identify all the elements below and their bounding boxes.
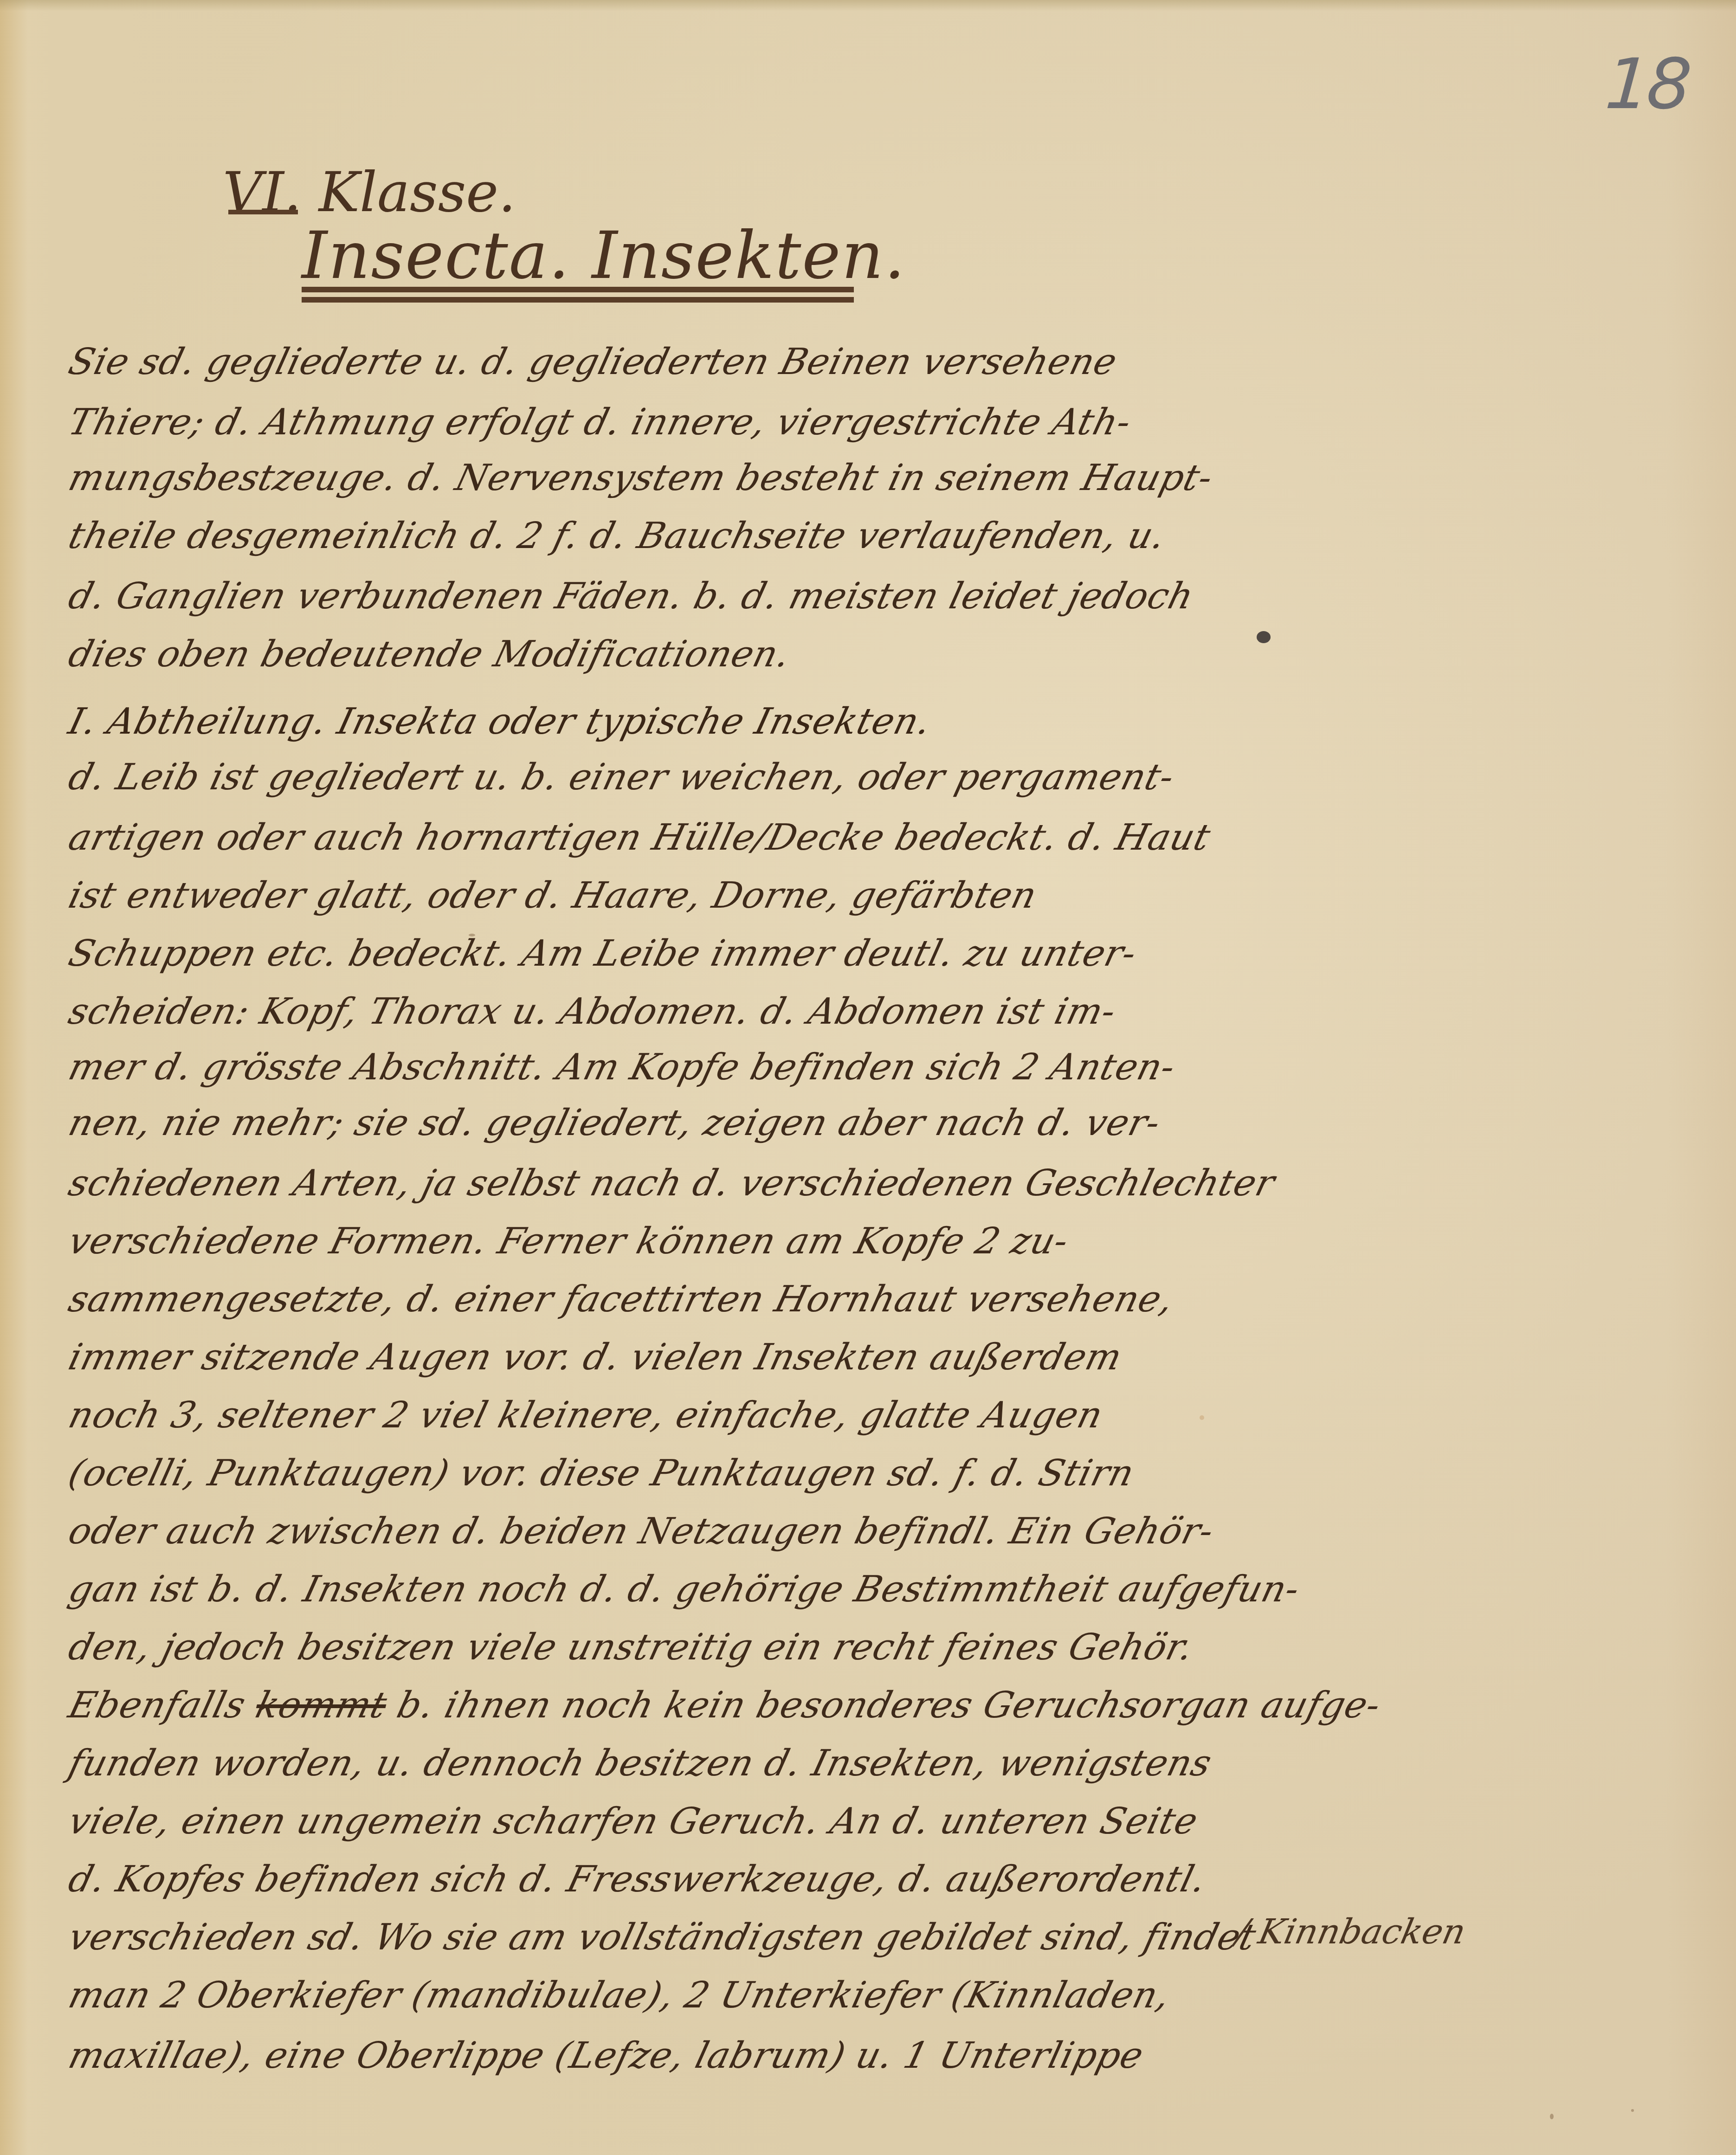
title-double-underline (302, 287, 854, 292)
page-title: Insecta. Insekten. (302, 218, 906, 294)
margin-note: / Kinnbacken (1233, 1912, 1469, 1952)
paper-speck (1550, 2114, 1554, 2119)
struck-word: kommt (252, 1684, 391, 1726)
binding-shadow (0, 0, 28, 2155)
manuscript-page: 18 VI. Klasse. Insecta. Insekten. Sie sd… (0, 0, 1736, 2155)
folio-number: 18 (1603, 44, 1691, 125)
paper-speck (1631, 2109, 1634, 2112)
class-heading: VI. Klasse. (223, 160, 516, 224)
page-top-edge (0, 0, 1736, 11)
class-heading-underline (228, 210, 298, 214)
paper-stain (1200, 1415, 1204, 1420)
ink-blot (1257, 631, 1271, 643)
paper-speck (469, 934, 475, 936)
